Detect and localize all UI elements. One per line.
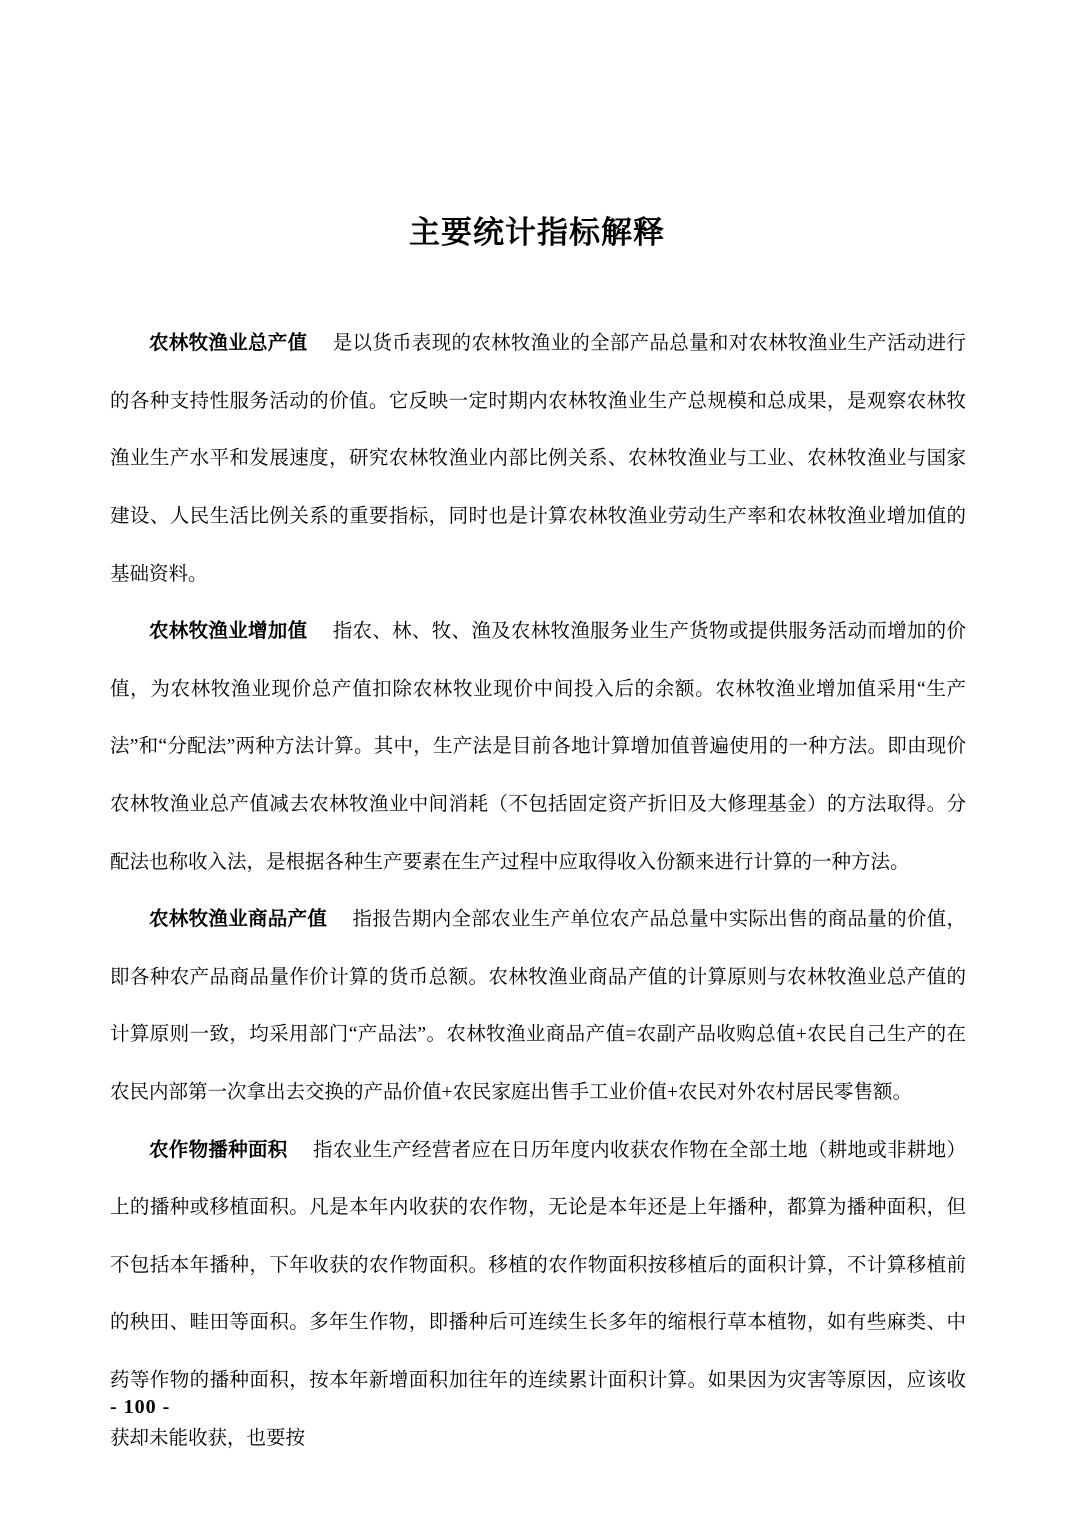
definition-text-value-added: 指农、林、牧、渔及农林牧渔服务业生产货物或提供服务活动而增加的价值，为农林牧渔业… [110,621,966,872]
term-label-gross-output-value: 农林牧渔业总产值 [149,333,307,354]
definition-text-gross-output-value: 是以货币表现的农林牧渔业的全部产品总量和对农林牧渔业生产活动进行的各种支持性服务… [110,333,966,584]
definition-paragraph-value-added: 农林牧渔业增加值指农、林、牧、渔及农林牧渔服务业生产货物或提供服务活动而增加的价… [110,603,966,891]
document-body: 农林牧渔业总产值是以货币表现的农林牧渔业的全部产品总量和对农林牧渔业生产活动进行… [110,315,966,1467]
term-label-value-added: 农林牧渔业增加值 [149,621,307,642]
definition-text-commodity-output-value: 指报告期内全部农业生产单位农产品总量中实际出售的商品量的价值，即各种农产品商品量… [110,909,966,1103]
page-title: 主要统计指标解释 [0,0,1074,253]
definition-paragraph-commodity-output-value: 农林牧渔业商品产值指报告期内全部农业生产单位农产品总量中实际出售的商品量的价值，… [110,891,966,1121]
document-page: 主要统计指标解释 农林牧渔业总产值是以货币表现的农林牧渔业的全部产品总量和对农林… [0,0,1074,1520]
definition-paragraph-gross-output-value: 农林牧渔业总产值是以货币表现的农林牧渔业的全部产品总量和对农林牧渔业生产活动进行… [110,315,966,603]
definition-text-sown-area: 指农业生产经营者应在日历年度内收获农作物在全部土地（耕地或非耕地）上的播种或移植… [110,1140,966,1449]
term-label-sown-area: 农作物播种面积 [149,1140,288,1161]
page-number: - 100 - [110,1396,170,1419]
term-label-commodity-output-value: 农林牧渔业商品产值 [149,909,327,930]
definition-paragraph-sown-area: 农作物播种面积指农业生产经营者应在日历年度内收获农作物在全部土地（耕地或非耕地）… [110,1122,966,1468]
